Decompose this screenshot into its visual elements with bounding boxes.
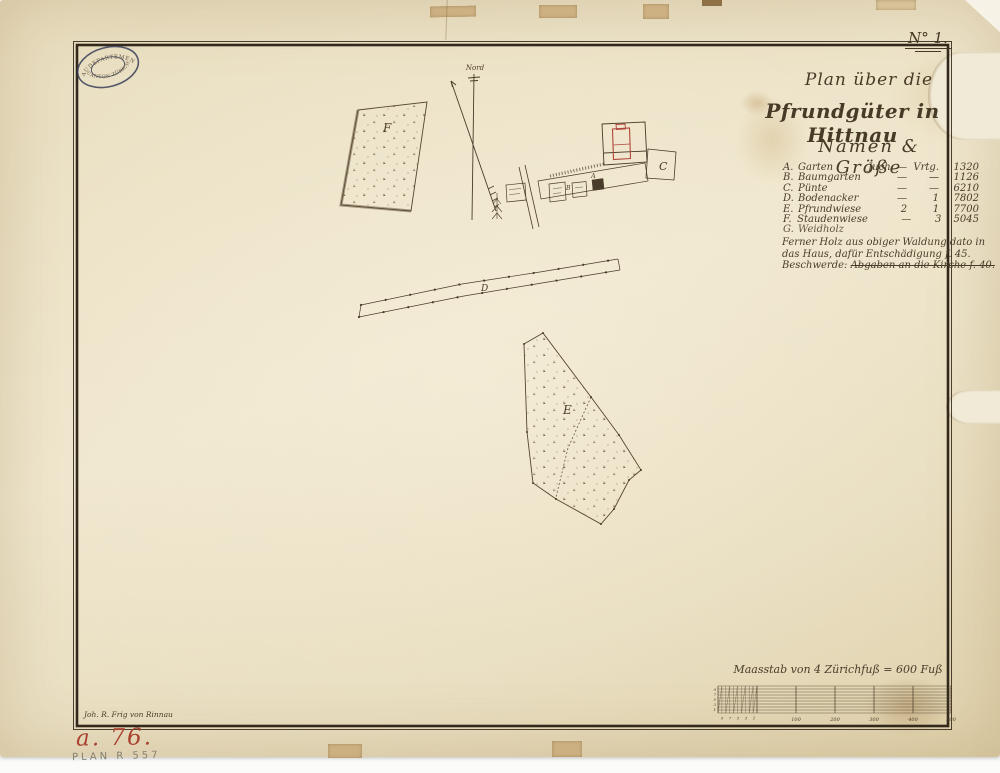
archive-number-pencil: PLAN R 557 (72, 750, 161, 763)
scale-sub-label: 1 (753, 716, 756, 721)
row-juchart: — (868, 215, 911, 225)
parcel-F-label: F (382, 121, 392, 135)
table-row: D. Bodenacker — 1 7802 (783, 194, 979, 204)
scale-tick-500: 500 (946, 717, 956, 723)
north-arrow: Nord (451, 64, 499, 220)
parcel-table: A. Garten Juch. — Vrtg. — 1320 B. Baumga… (783, 163, 979, 236)
baudepartement-stamp: BAUDEPARTEMENT CANTON ZÜRICH (73, 40, 143, 94)
surveyor-signature: Joh. R. Frig von Rinnau (82, 710, 173, 719)
archive-number-red: a. 76. (76, 724, 153, 751)
row-juchart (861, 225, 907, 235)
plan-number-text: N° 1. (905, 29, 951, 49)
farmstead-buildings (492, 122, 676, 229)
row-letter: G. (783, 225, 798, 235)
row-fuss (939, 225, 979, 235)
parcel-D-strip: D (359, 259, 620, 317)
note-block: Ferner Holz aus obiger Waldung dato in d… (782, 237, 997, 272)
scale-sub-label: 9 (721, 716, 724, 721)
scale-tick-300: 300 (869, 717, 879, 723)
scale-left-label: 1 (713, 707, 716, 712)
row-name: Bodenacker (798, 194, 861, 204)
table-row: G. Weidholz (783, 225, 979, 235)
row-letter: D. (783, 194, 798, 204)
scale-tick-100: 100 (791, 717, 801, 723)
scale-bar: Maasstab von 4 Zürichfuß = 600 Fuß 100 2… (713, 663, 956, 723)
row-name: Weidholz (798, 225, 861, 235)
row-fuss: 5045 (941, 215, 979, 225)
scanned-plan-page: BAUDEPARTEMENT CANTON ZÜRICH Nord F (0, 0, 1000, 773)
plan-number: N° 1. (904, 29, 952, 52)
note-line-3-struck: Abgaben an die Kirche f. 40. (851, 260, 995, 271)
row-vierling (907, 225, 939, 235)
scale-sub-label: 3 (745, 716, 748, 721)
scale-sub-label: 7 (729, 716, 732, 721)
scale-tick-200: 200 (829, 717, 840, 723)
note-line-3: Beschwerde: Abgaben an die Kirche f. 40. (782, 260, 997, 272)
note-line-1: Ferner Holz aus obiger Waldung dato in (782, 237, 997, 249)
note-line-2: das Haus, dafür Entschädigung f. 45. (782, 249, 997, 261)
parcel-E-label: E (562, 403, 572, 417)
parcel-E: E (523, 332, 642, 525)
title-line1: Plan über die (788, 70, 950, 90)
plan-number-underline (915, 51, 941, 52)
north-label: Nord (465, 64, 485, 72)
note-line-3-prefix: Beschwerde: (782, 260, 851, 271)
scale-sub-label: 5 (737, 716, 740, 721)
scale-tick-400: 400 (907, 717, 918, 723)
parcel-F: F (341, 102, 427, 211)
scale-bar-title: Maasstab von 4 Zürichfuß = 600 Fuß (732, 663, 942, 676)
parcel-C-label: C (659, 160, 668, 173)
row-vierling: 1 (907, 194, 939, 204)
plot-A-label: A (590, 172, 596, 180)
row-juchart: — (861, 194, 907, 204)
row-vierling: 3 (911, 215, 941, 225)
building-red (613, 124, 631, 160)
row-fuss: 7802 (939, 194, 979, 204)
parcel-D-label: D (480, 284, 488, 294)
plot-B-label: B (565, 185, 571, 192)
